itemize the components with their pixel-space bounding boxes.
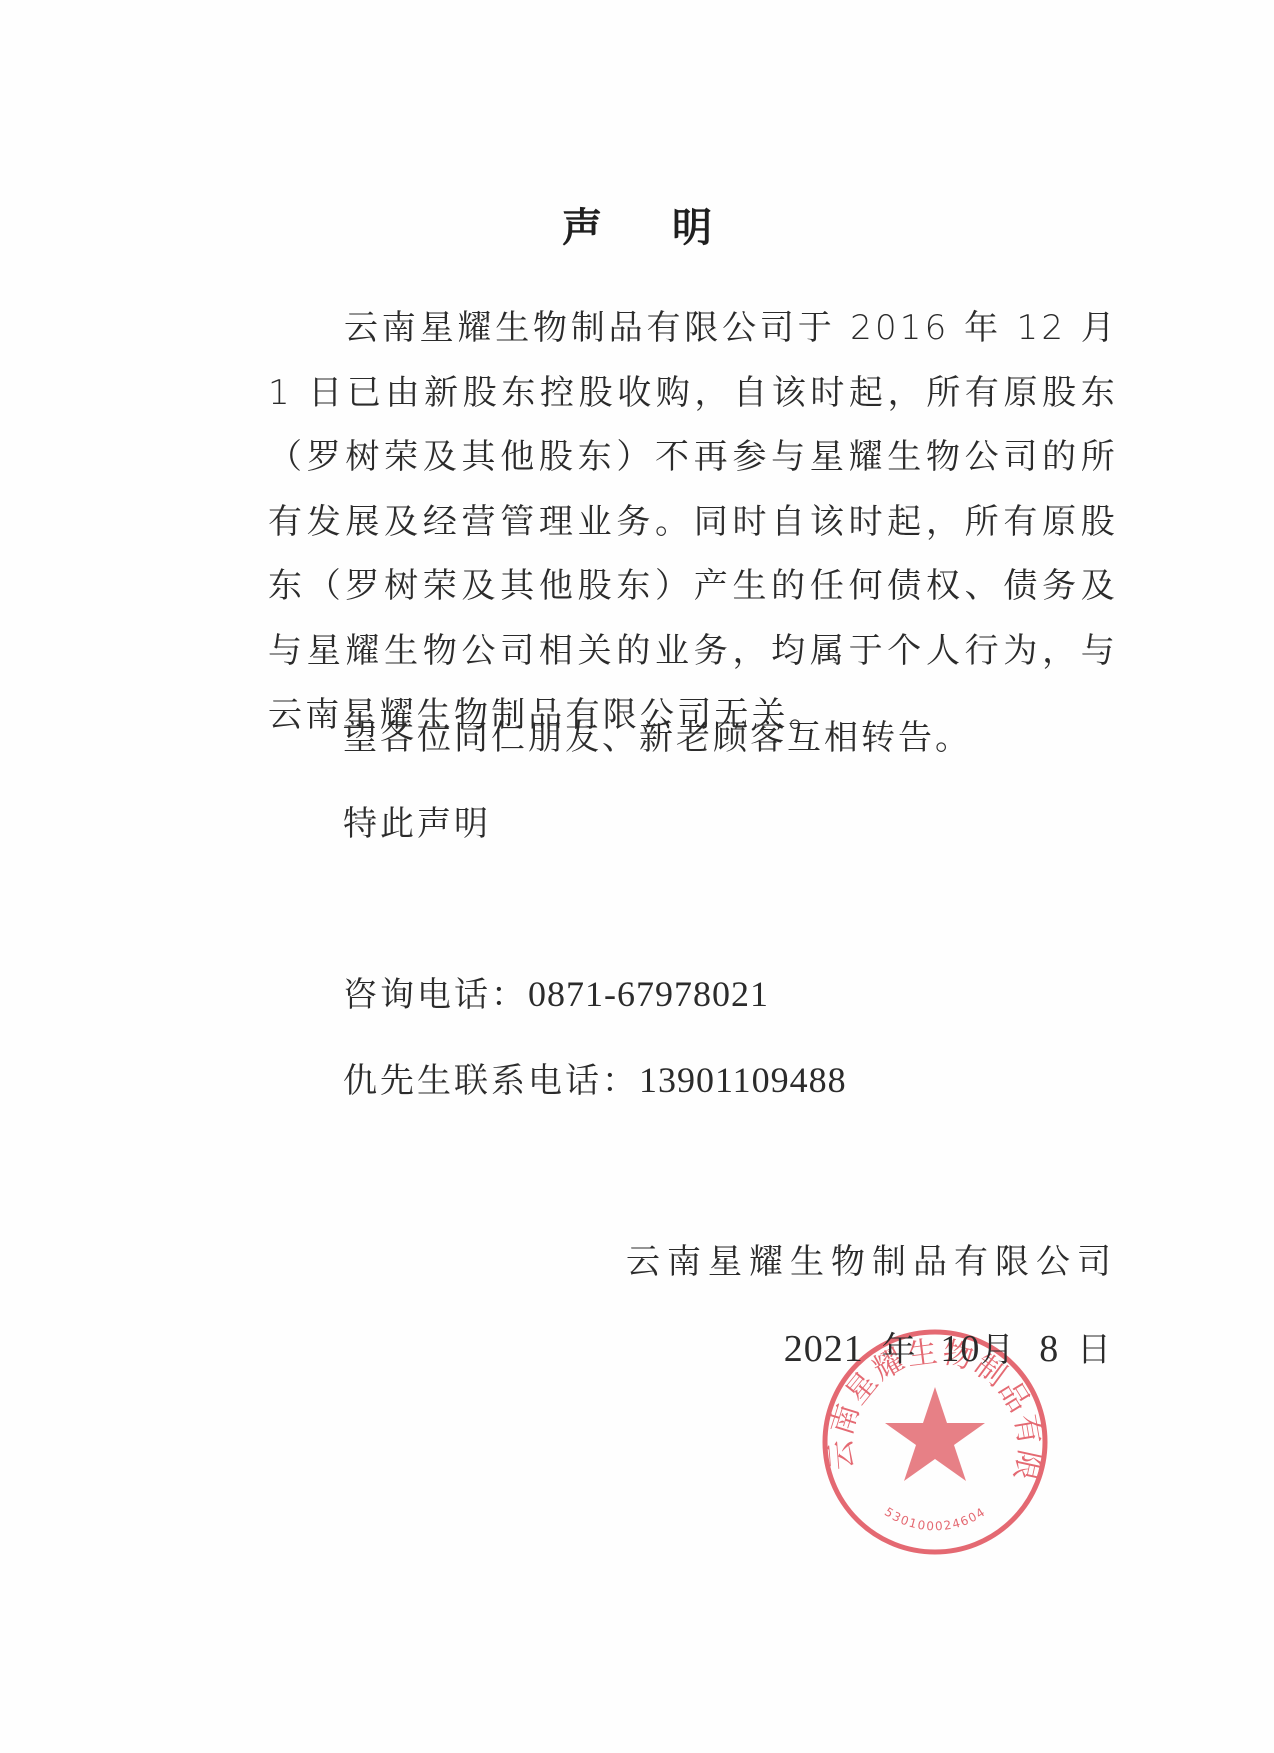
date-day-unit: 日 — [1077, 1330, 1118, 1370]
signature-company: 云南星耀生物制品有限公司 — [626, 1234, 1118, 1283]
document-page: 声 明 云南星耀生物制品有限公司于 2016 年 12 月 1 日已由新股东控股… — [0, 0, 1274, 1753]
document-title: 声 明 — [0, 196, 1274, 253]
date-month: 10 — [940, 1328, 980, 1370]
contact-person-number: 13901109488 — [639, 1060, 847, 1100]
main-paragraph: 云南星耀生物制品有限公司于 2016 年 12 月 1 日已由新股东控股收购，自… — [268, 296, 1118, 748]
contact-person: 仇先生联系电话：13901109488 — [343, 1053, 847, 1102]
date-month-unit: 月 — [980, 1330, 1021, 1370]
date-day: 8 — [1039, 1328, 1059, 1370]
contact-consult-label: 咨询电话： — [343, 975, 528, 1015]
notice-paragraph: 望各位同仁朋友、新老顾客互相转告。 — [343, 710, 972, 759]
contact-person-label: 仇先生联系电话： — [343, 1061, 639, 1101]
document-body: 云南星耀生物制品有限公司于 2016 年 12 月 1 日已由新股东控股收购，自… — [268, 296, 1118, 748]
contact-consult-number: 0871-67978021 — [528, 974, 769, 1014]
signature-date: 2021 年 10月 8 日 — [784, 1322, 1118, 1371]
date-year-unit: 年 — [882, 1330, 923, 1370]
closing-statement: 特此声明 — [343, 796, 491, 845]
date-year: 2021 — [784, 1328, 864, 1370]
contact-consult: 咨询电话：0871-67978021 — [343, 967, 769, 1016]
